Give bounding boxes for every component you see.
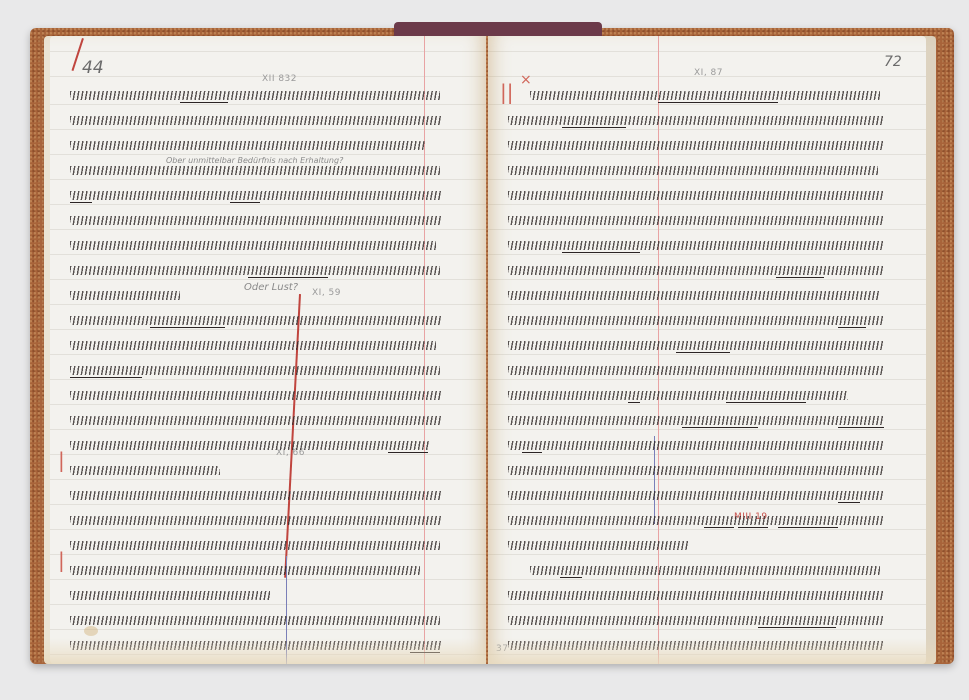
archive-reference: XI, 87 [694,68,723,78]
text-line [70,230,468,255]
text-line [70,305,468,330]
text-line [508,580,918,605]
text-line [70,455,468,480]
right-page: 72 XI, 87 MIII 19 37 || × [488,36,936,664]
text-line [508,480,918,505]
text-line [70,105,468,130]
text-line [508,605,918,630]
text-line [70,605,468,630]
handwritten-text-block [70,80,468,664]
text-line [508,255,918,280]
handwritten-text-block [508,80,918,664]
red-margin-mark: | [58,548,65,572]
red-margin-mark: | [58,448,65,472]
text-line [508,105,918,130]
text-line [508,355,918,380]
text-line [508,230,918,255]
text-line [508,505,918,530]
text-line [70,180,468,205]
text-line [70,155,468,180]
text-line [70,330,468,355]
text-line [70,505,468,530]
text-line [70,355,468,380]
text-line [508,330,918,355]
text-line [70,130,468,155]
text-line [508,430,918,455]
text-line [70,580,468,605]
text-line [508,380,918,405]
page-number: 44 [82,58,104,78]
text-line [70,255,468,280]
text-line [70,555,468,580]
page-number: 72 [884,54,902,70]
text-line [508,280,918,305]
text-line [508,405,918,430]
text-line [70,280,468,305]
text-line [508,305,918,330]
spine-cloth [394,22,602,36]
text-line [70,205,468,230]
text-line [70,480,468,505]
text-line [508,180,918,205]
text-line [508,155,918,180]
page-edge [44,638,486,664]
text-line [70,80,468,105]
text-line [70,530,468,555]
text-line [508,530,918,555]
text-line [508,555,918,580]
page-edge [488,638,936,664]
text-line [70,405,468,430]
notebook: 44 XII 832 Ober unmittelbar Bedürfnis na… [30,28,954,664]
left-page: 44 XII 832 Ober unmittelbar Bedürfnis na… [44,36,486,664]
text-line [508,130,918,155]
text-line [70,380,468,405]
text-line [508,455,918,480]
text-line [70,430,468,455]
text-line [508,205,918,230]
text-line [508,80,918,105]
